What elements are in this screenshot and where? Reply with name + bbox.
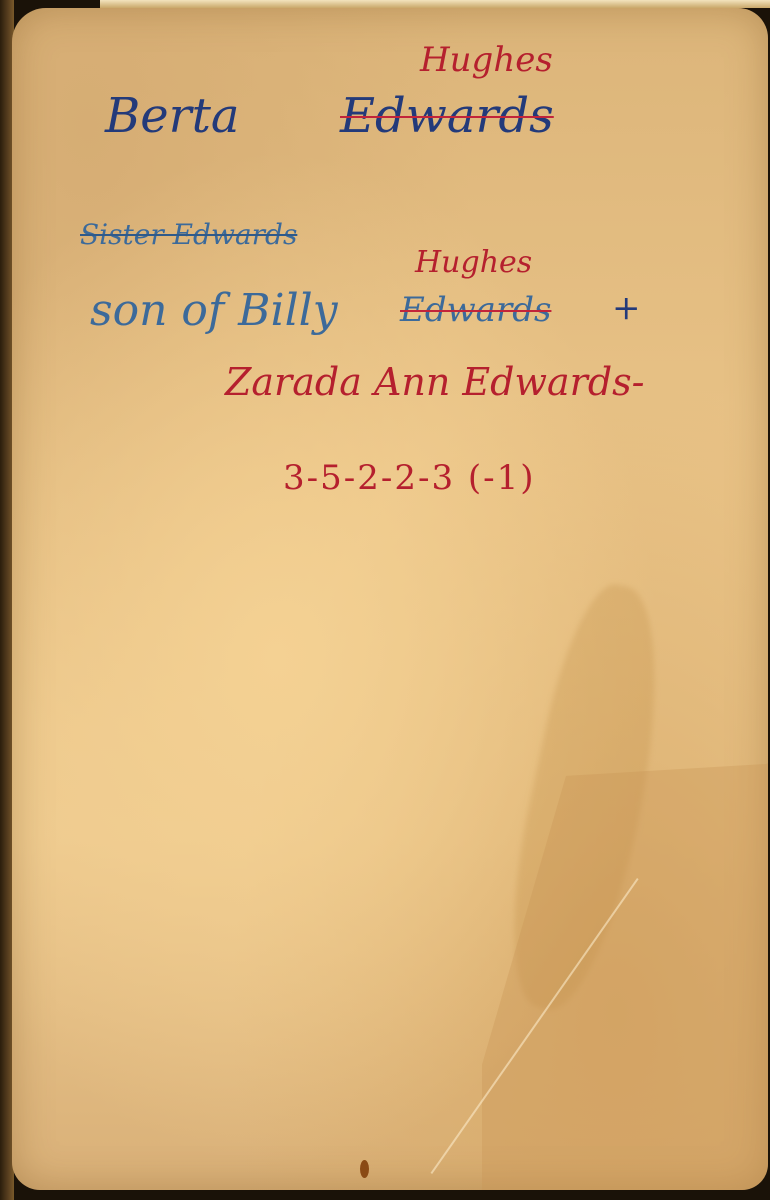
ink-spot [360, 1160, 369, 1178]
background-edge [100, 0, 770, 8]
surname-correction: Hughes [420, 40, 553, 80]
parent-surname-correction: Hughes [415, 245, 532, 280]
struck-surname: Edwards [340, 88, 554, 144]
plus-sign: + [612, 288, 641, 328]
parent-line-prefix: son of Billy [90, 285, 338, 336]
struck-name-line: Sister Edwards [80, 218, 297, 251]
parent-struck-surname: Edwards [400, 290, 551, 330]
mother-name: Zarada Ann Edwards- [225, 360, 644, 404]
reference-code: 3-5-2-2-3 (-1) [283, 458, 536, 498]
first-name: Berta [105, 88, 240, 144]
card-back [12, 8, 768, 1190]
